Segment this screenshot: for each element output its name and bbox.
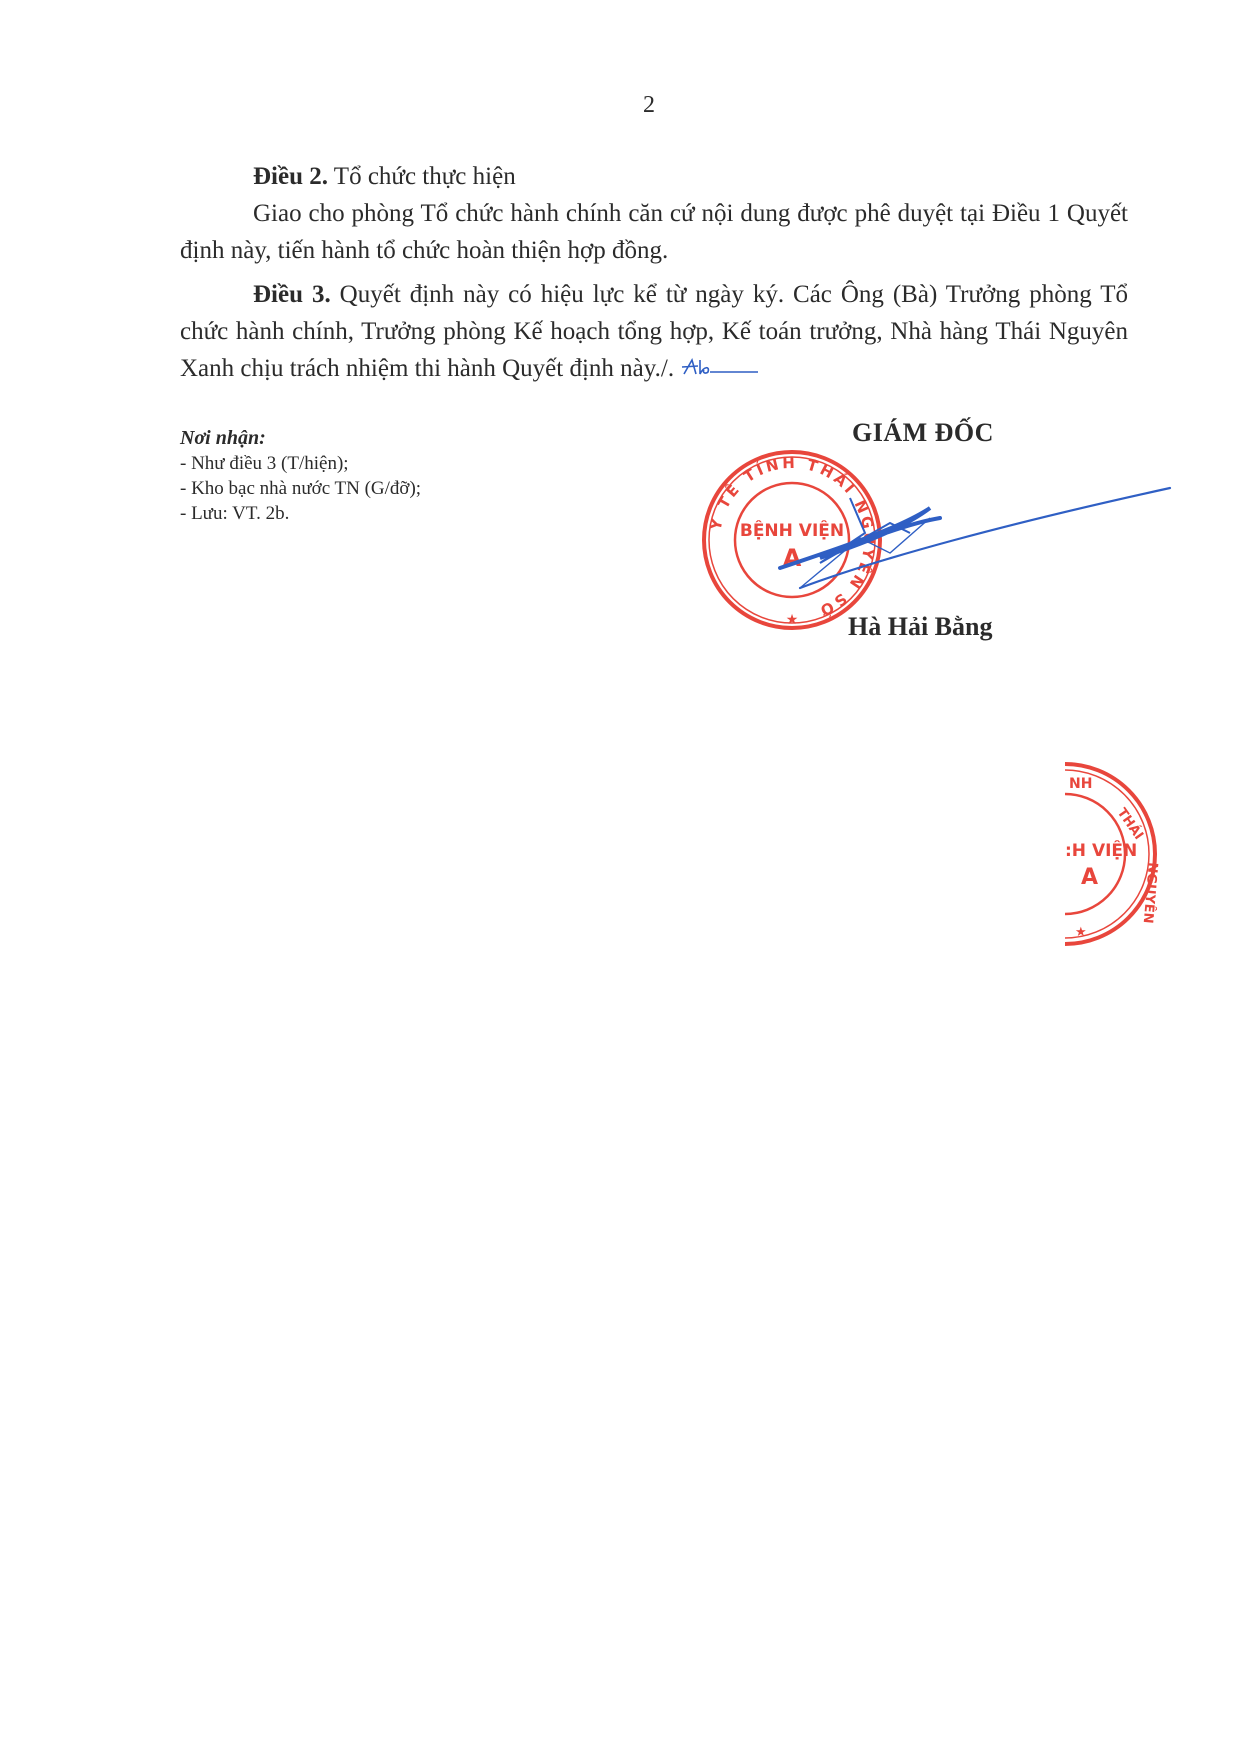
- signature-icon: [760, 478, 1180, 598]
- signer-name: Hà Hải Bằng: [848, 612, 992, 642]
- svg-text:★: ★: [786, 612, 799, 628]
- article-2-label: Điều 2.: [253, 163, 328, 190]
- page-number: 2: [643, 92, 655, 119]
- article-2-heading: Điều 2. Tổ chức thực hiện: [180, 158, 1128, 195]
- svg-text:NH: NH: [1069, 776, 1092, 792]
- svg-text:NGUYÊN: NGUYÊN: [1140, 862, 1161, 924]
- recipient-item: - Kho bạc nhà nước TN (G/đỡ);: [180, 476, 421, 501]
- partial-seal-icon: NH THÁI NGUYÊN :H VIỆN A ★: [1055, 752, 1185, 952]
- initials-mark-icon: [680, 352, 760, 389]
- article-2-body: Giao cho phòng Tổ chức hành chính căn cứ…: [180, 195, 1128, 269]
- article-3-label: Điều 3.: [253, 281, 331, 308]
- signer-title: GIÁM ĐỐC: [852, 418, 994, 448]
- article-2-text: Giao cho phòng Tổ chức hành chính căn cứ…: [180, 200, 1128, 264]
- article-3-body: Điều 3. Quyết định này có hiệu lực kể từ…: [180, 276, 1128, 389]
- svg-text:★: ★: [1075, 925, 1087, 940]
- recipients-block: Nơi nhận: - Như điều 3 (T/hiện); - Kho b…: [180, 426, 421, 526]
- svg-text::H VIỆN: :H VIỆN: [1065, 839, 1137, 861]
- recipients-title: Nơi nhận:: [180, 426, 421, 451]
- recipient-item: - Lưu: VT. 2b.: [180, 501, 421, 526]
- article-2-title: Tổ chức thực hiện: [328, 163, 516, 190]
- svg-text:A: A: [1081, 865, 1098, 890]
- recipient-item: - Như điều 3 (T/hiện);: [180, 451, 421, 476]
